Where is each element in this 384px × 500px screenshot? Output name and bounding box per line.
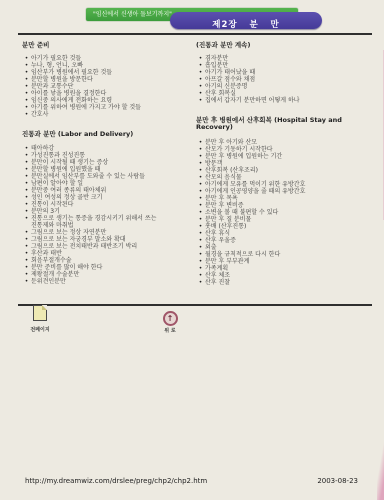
list-item: 분만 준비를 많이 해야 한다 <box>22 264 164 271</box>
list-item-label: 산후 회복실 <box>205 90 356 97</box>
list-item: 산후 진찰 <box>196 279 356 286</box>
list-item-label: 아프갈 점수와 채점 <box>205 76 356 83</box>
list-item: 간호사 <box>22 111 164 118</box>
section-title-hospital-recovery: 분만 후 병원에서 산후회복 (Hospital Stay and Recove… <box>196 117 356 132</box>
list-item: 아기에게 모유를 먹이기 위한 유방간호 <box>196 181 356 188</box>
list-item-label: 남편이 알아야 할 일 <box>31 180 164 187</box>
list-item: 산모의 음식물 <box>196 174 356 181</box>
list-item: 그림으로 보는 정상 자연분만 <box>22 229 164 236</box>
list-item: 아기에게 인공영양을 줄 때의 유방간호 <box>196 188 356 195</box>
list-item: 산후회복 (산후조리) <box>196 167 356 174</box>
list-item-label: 후산과 태반 <box>31 250 164 257</box>
list-item: 가성진통과 진성진통 <box>22 152 164 159</box>
list-item: 외출 <box>196 244 356 251</box>
list-item-label: 아기에게 인공영양을 줄 때의 유방간호 <box>205 188 356 195</box>
list-item-label: 회음부절개수술 <box>31 257 164 264</box>
list-item-label: 분만할 병원을 방문한다 <box>31 76 164 83</box>
list-item: 흡입분만 <box>196 62 356 69</box>
list-item-label: 간호사 <box>31 111 164 118</box>
list-item-label: 아기가 태어났을 때 <box>205 69 356 76</box>
list-item-label: 소변을 볼 때 불편할 수 있다 <box>205 209 356 216</box>
list-item: 태아하강 <box>22 145 164 152</box>
list-item: 산후 회복실 <box>196 90 356 97</box>
list-item: 훗배 (산후진통) <box>196 223 356 230</box>
list-item-label: 가족계획 <box>205 265 356 272</box>
list-item-label: 산모의 음식물 <box>205 174 356 181</box>
chapter-title-pill: 제2장 분 만 <box>170 12 322 29</box>
list-item: 아프갈 점수와 채점 <box>196 76 356 83</box>
list-item-label: 분만 후 질 분비물 <box>205 216 356 223</box>
list-item: 방문객 <box>196 160 356 167</box>
chapter-title: 제2장 분 만 <box>212 20 280 30</box>
list-item-label: 그림으로 보는 전치태반과 태반조기 박리 <box>31 243 164 250</box>
list-item: 제왕절개 수술분만 <box>22 271 164 278</box>
list-item-label: 산후 휴식 <box>205 230 356 237</box>
list-item-label: 분만 후 변비증 <box>205 202 356 209</box>
list-item-label: 월경을 규칙적으로 다시 한다 <box>205 251 356 258</box>
list-item-label: 방문객 <box>205 160 356 167</box>
list-item: 남편이 알아야 할 일 <box>22 180 164 187</box>
list-item-label: 집에서 갑자기 분만하면 어떻게 하나 <box>205 97 356 104</box>
scan-artifact-corner <box>377 440 384 500</box>
list-item: 후산과 태반 <box>22 250 164 257</box>
list-item: 분만중 여러 종류의 태아체위 <box>22 187 164 194</box>
list-item-label: 분만 준비를 많이 해야 한다 <box>31 264 164 271</box>
list-item-label: 아기가 필요한 것들 <box>31 55 164 62</box>
up-arrow-icon: ↑ <box>163 311 178 326</box>
list-item-label: 아기의 신분증명 <box>205 83 356 90</box>
list-item: 그림으로 보는 전치태반과 태반조기 박리 <box>22 243 164 250</box>
list-item-label: 산후 체조 <box>205 272 356 279</box>
list-item-label: 임산부가 병원에서 필요한 것들 <box>31 69 164 76</box>
list-item-label: 아기를 위하여 병원에 가지고 가야 할 것들 <box>31 104 164 111</box>
list-item: 분만의 3기 <box>22 208 164 215</box>
list-item: 둔위견인분만 <box>22 278 164 285</box>
list-item: 분만 후 부부관계 <box>196 258 356 265</box>
list-item-label: 산후 진찰 <box>205 279 356 286</box>
go-top-button[interactable]: ↑ 위 로 <box>156 306 184 334</box>
list-item: 가족계획 <box>196 265 356 272</box>
list-item-label: 가성진통과 진성진통 <box>31 152 164 159</box>
list-item: 분만과 교통수단 <box>22 83 164 90</box>
prev-page-button[interactable]: 전페이지 <box>26 305 54 333</box>
list-item-label: 분만 후 목욕 <box>205 195 356 202</box>
scanned-page: "임신에서 신생아 돌보기까지" 제2장 분 만 분만 준비 아기가 필요한 것… <box>0 0 384 500</box>
list-item: 분만 후 아기와 산모 <box>196 139 356 146</box>
list-item-label: 성인 여성의 정상 골반 크기 <box>31 194 164 201</box>
list-item-label: 분만과 교통수단 <box>31 83 164 90</box>
list-item: 회음부절개수술 <box>22 257 164 264</box>
list-item-label: 산후 우울증 <box>205 237 356 244</box>
list-item: 임신중 의사에게 전화하는 요령 <box>22 97 164 104</box>
list-item: 성인 여성의 정상 골반 크기 <box>22 194 164 201</box>
list-item-label: 분만의 3기 <box>31 208 164 215</box>
list-item-label: 분만이 시작될 때 생기는 증상 <box>31 159 164 166</box>
list-item: 산후 체조 <box>196 272 356 279</box>
header-divider <box>18 33 372 35</box>
list-item: 집에서 갑자기 분만하면 어떻게 하나 <box>196 97 356 104</box>
list-item-label: 진통이 시작된다 <box>31 201 164 208</box>
list-item: 아기가 태어났을 때 <box>196 69 356 76</box>
list-item-label: 분만중 여러 종류의 태아체위 <box>31 187 164 194</box>
list-item: 아기가 필요한 것들 <box>22 55 164 62</box>
footer-url: http://my.dreamwiz.com/drslee/preg/chp2/… <box>25 477 207 485</box>
list-item-label: 아이를 낳을 병원을 결정한다 <box>31 90 164 97</box>
list-item-label: 분만할 병원에 입원했을 때 <box>31 166 164 173</box>
list-item-label: 산모가 기동하기 시작한다 <box>205 146 356 153</box>
list-item: 그림으로 보는 자궁경부 말소와 확대 <box>22 236 164 243</box>
list-item: 분만 후 목욕 <box>196 195 356 202</box>
footer-date: 2003-08-23 <box>317 477 358 485</box>
list-item: 월경을 규칙적으로 다시 한다 <box>196 251 356 258</box>
list-item: 분만 후 병원에 입원하는 기간 <box>196 153 356 160</box>
list-item: 아이를 낳을 병원을 결정한다 <box>22 90 164 97</box>
list-item-label: 흡입분만 <box>205 62 356 69</box>
section-title-labor-continued: (진통과 분만 계속) <box>196 42 356 50</box>
list-item: 분만 후 질 분비물 <box>196 216 356 223</box>
list-item-label: 분만실에서 임산부를 도와줄 수 있는 사람들 <box>31 173 164 180</box>
list-item: 분만 후 변비증 <box>196 202 356 209</box>
list-item: 분만할 병원에 입원했을 때 <box>22 166 164 173</box>
list-item-label: 진통으로 생기는 통증을 경감시키기 위해서 쓰는 진통제와 마취법 <box>31 215 164 229</box>
list-item-label: 태아하강 <box>31 145 164 152</box>
list-item-label: 분만 후 아기와 산모 <box>205 139 356 146</box>
list-item: 산후 휴식 <box>196 230 356 237</box>
list-item: 분만실에서 임산부를 도와줄 수 있는 사람들 <box>22 173 164 180</box>
list-item-label: 아기에게 모유를 먹이기 위한 유방간호 <box>205 181 356 188</box>
list-item-label: 분만 후 병원에 입원하는 기간 <box>205 153 356 160</box>
bottom-divider <box>18 304 372 306</box>
section-title-preparation: 분만 준비 <box>22 42 164 50</box>
list-item-label: 겸자분만 <box>205 55 356 62</box>
right-column: (진통과 분만 계속) 겸자분만흡입분만아기가 태어났을 때아프갈 점수와 채점… <box>196 42 356 286</box>
list-item-label: 임신중 의사에게 전화하는 요령 <box>31 97 164 104</box>
list-item-label: 누나, 형, 언니, 오빠 <box>31 62 164 69</box>
hospital-recovery-list: 분만 후 아기와 산모산모가 기동하기 시작한다분만 후 병원에 입원하는 기간… <box>196 139 356 286</box>
list-item-label: 그림으로 보는 자궁경부 말소와 확대 <box>31 236 164 243</box>
section-title-labor-delivery: 진통과 분만 (Labor and Delivery) <box>22 131 164 139</box>
list-item: 산모가 기동하기 시작한다 <box>196 146 356 153</box>
list-item-label: 산후회복 (산후조리) <box>205 167 356 174</box>
go-top-label: 위 로 <box>156 327 184 334</box>
list-item-label: 둔위견인분만 <box>31 278 164 285</box>
page-icon <box>33 305 47 321</box>
left-column: 분만 준비 아기가 필요한 것들누나, 형, 언니, 오빠임산부가 병원에서 필… <box>22 42 164 285</box>
list-item: 진통으로 생기는 통증을 경감시키기 위해서 쓰는 진통제와 마취법 <box>22 215 164 229</box>
list-item-label: 외출 <box>205 244 356 251</box>
list-item: 겸자분만 <box>196 55 356 62</box>
preparation-list: 아기가 필요한 것들누나, 형, 언니, 오빠임산부가 병원에서 필요한 것들분… <box>22 55 164 118</box>
list-item: 진통이 시작된다 <box>22 201 164 208</box>
list-item: 분만할 병원을 방문한다 <box>22 76 164 83</box>
list-item-label: 제왕절개 수술분만 <box>31 271 164 278</box>
prev-page-label: 전페이지 <box>26 326 54 333</box>
list-item: 아기를 위하여 병원에 가지고 가야 할 것들 <box>22 104 164 111</box>
list-item: 소변을 볼 때 불편할 수 있다 <box>196 209 356 216</box>
list-item-label: 분만 후 부부관계 <box>205 258 356 265</box>
list-item: 임산부가 병원에서 필요한 것들 <box>22 69 164 76</box>
list-item: 분만이 시작될 때 생기는 증상 <box>22 159 164 166</box>
labor-delivery-list: 태아하강가성진통과 진성진통분만이 시작될 때 생기는 증상분만할 병원에 입원… <box>22 145 164 285</box>
list-item: 산후 우울증 <box>196 237 356 244</box>
list-item: 누나, 형, 언니, 오빠 <box>22 62 164 69</box>
list-item-label: 훗배 (산후진통) <box>205 223 356 230</box>
labor-continued-list: 겸자분만흡입분만아기가 태어났을 때아프갈 점수와 채점아기의 신분증명산후 회… <box>196 55 356 104</box>
list-item: 아기의 신분증명 <box>196 83 356 90</box>
list-item-label: 그림으로 보는 정상 자연분만 <box>31 229 164 236</box>
